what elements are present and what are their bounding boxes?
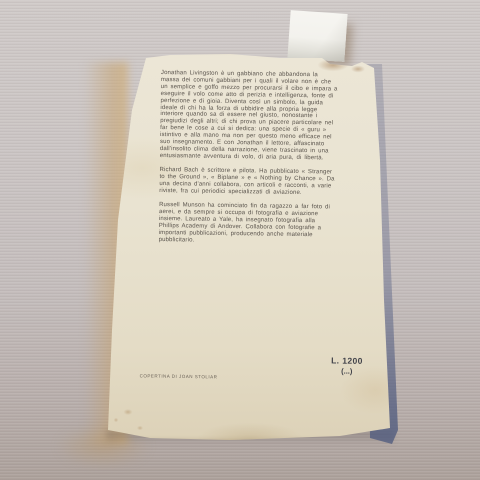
blurb-paragraph-russell-munson: Russell Munson ha cominciato fin da raga… [159,202,338,246]
cover-credit: COPERTINA DI JOAN STOLIAR [140,374,218,380]
photo-book-back-cover: Jonathan Livingston è un gabbiano che ab… [0,0,480,480]
price-note: (...) [312,366,382,376]
cover-content: Jonathan Livingston è un gabbiano che ab… [95,47,400,447]
price-label: L. 1200 [312,355,382,366]
price-block: L. 1200 (...) [312,355,382,376]
blurb-text: Jonathan Livingston è un gabbiano che ab… [158,70,339,254]
blurb-paragraph-richard-bach: Richard Bach è scrittore e pilota. Ha pu… [159,167,337,197]
blurb-paragraph-jonathan: Jonathan Livingston è un gabbiano che ab… [160,70,339,162]
book-back-cover: Jonathan Livingston è un gabbiano che ab… [100,48,400,444]
bookmark-slip [287,10,347,62]
